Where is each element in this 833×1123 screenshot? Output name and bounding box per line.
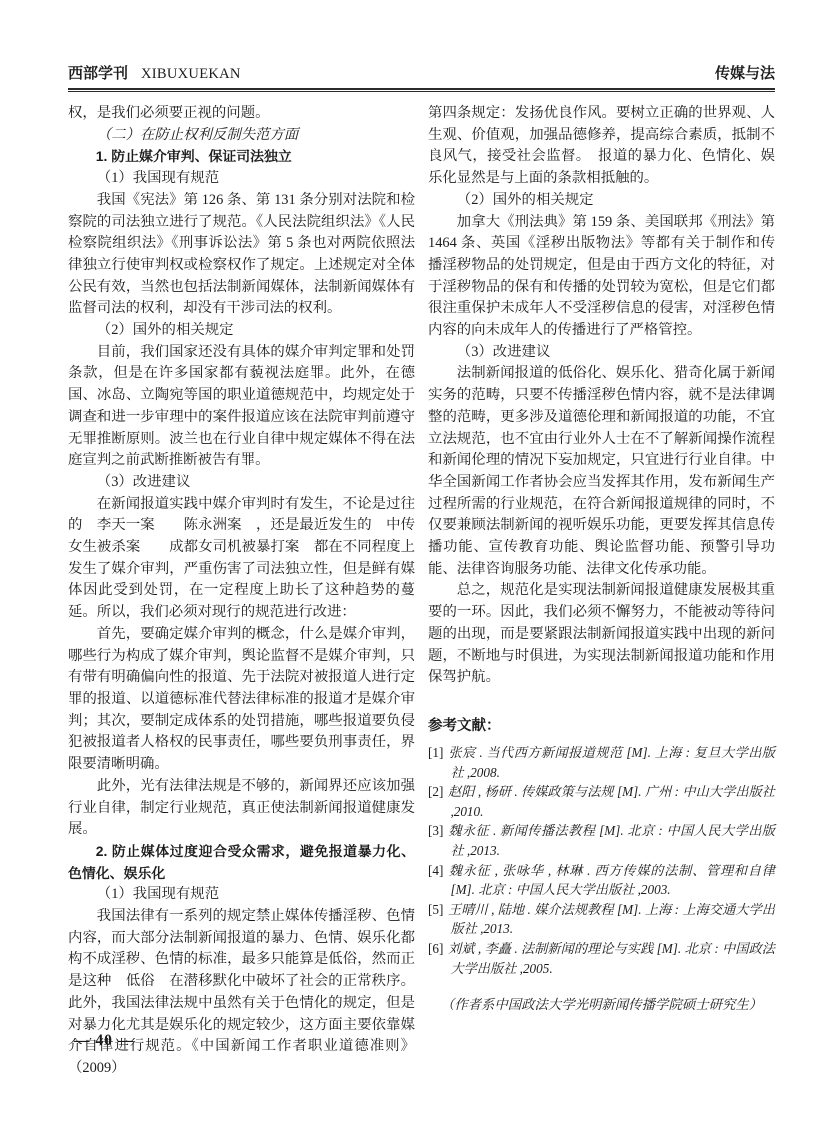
paragraph: （2）国外的相关规定 [428, 190, 775, 212]
journal-name-en: XIBUXUEKAN [141, 66, 241, 82]
header-rule [68, 88, 775, 92]
right-column: 第四条规定：发扬优良作风。要树立正确的世界观、人生观、价值观，加强品德修养，提高… [428, 103, 775, 1080]
paragraph: （1）我国现有规范 [68, 884, 415, 906]
paragraph: 首先，要确定媒介审判的概念，什么是媒介审判，哪些行为构成了媒介审判，舆论监督不是… [68, 624, 415, 776]
reference-label: [2] [428, 784, 443, 799]
paragraph: （2）国外的相关规定 [68, 320, 415, 342]
journal-page: 西部学刊XIBUXUEKAN 传媒与法 权，是我们必须要正视的问题。 （二）在防… [0, 0, 833, 1123]
paragraph: 目前，我们国家还没有具体的媒介审判定罪和处罚条款，但是在许多国家都有藐视法庭罪。… [68, 342, 415, 472]
paragraph: 权，是我们必须要正视的问题。 [68, 103, 415, 125]
reference-item: [5]王晴川 , 陆地 . 媒介法规教程 [M]. 上海 : 上海交通大学出版社… [428, 900, 775, 939]
journal-title: 西部学刊XIBUXUEKAN [68, 62, 241, 83]
paragraph: 我国法律有一系列的规定禁止媒体传播淫秽、色情内容，而大部分法制新闻报道的暴力、色… [68, 906, 415, 1080]
reference-item: [2]赵阳 , 杨研 . 传媒政策与法规 [M]. 广州 : 中山大学出版社 ,… [428, 782, 775, 821]
references-heading: 参考文献： [428, 714, 775, 735]
paragraph: （1）我国现有规范 [68, 168, 415, 190]
reference-text: 赵阳 , 杨研 . 传媒政策与法规 [M]. 广州 : 中山大学出版社 ,201… [448, 784, 775, 819]
reference-label: [6] [428, 941, 443, 956]
paragraph: 1. 防止媒介审判、保证司法独立 [68, 146, 415, 168]
reference-item: [3]魏永征 . 新闻传播法教程 [M]. 北京 : 中国人民大学出版社 ,20… [428, 821, 775, 860]
header-row: 西部学刊XIBUXUEKAN 传媒与法 [68, 62, 775, 83]
reference-text: 张宸 . 当代西方新闻报道规范 [M]. 上海 : 复旦大学出版社 ,2008. [448, 745, 775, 780]
article-body: 权，是我们必须要正视的问题。 （二）在防止权利反制失范方面 1. 防止媒介审判、… [68, 103, 775, 1080]
reference-text: 王晴川 , 陆地 . 媒介法规教程 [M]. 上海 : 上海交通大学出版社 ,2… [448, 902, 775, 937]
paragraph: （3）改进建议 [68, 472, 415, 494]
reference-text: 刘斌 , 李矗 . 法制新闻的理论与实践 [M]. 北京 : 中国政法大学出版社… [448, 941, 775, 976]
reference-item: [4]魏永征 , 张咏华 , 林琳 . 西方传媒的法制、管理和自律 [M]. 北… [428, 861, 775, 900]
section-title: 传媒与法 [715, 62, 775, 83]
reference-text: 魏永征 . 新闻传播法教程 [M]. 北京 : 中国人民大学出版社 ,2013. [448, 823, 775, 858]
paragraph: 在新闻报道实践中媒介审判时有发生，不论是过往的 李天一案 陈永洲案 ，还是最近发… [68, 494, 415, 624]
page-number: — 40 — [74, 1032, 134, 1050]
references-list: [1]张宸 . 当代西方新闻报道规范 [M]. 上海 : 复旦大学出版社 ,20… [428, 743, 775, 978]
paragraph: 加拿大《刑法典》第 159 条、美国联邦《刑法》第 1464 条、英国《淫秽出版… [428, 212, 775, 342]
reference-label: [4] [428, 863, 443, 878]
paragraph: 法制新闻报道的低俗化、娱乐化、猎奇化属于新闻实务的范畴，只要不传播淫秽色情内容，… [428, 363, 775, 580]
reference-item: [6]刘斌 , 李矗 . 法制新闻的理论与实践 [M]. 北京 : 中国政法大学… [428, 939, 775, 978]
reference-label: [1] [428, 745, 443, 760]
paragraph: 此外，光有法律法规是不够的，新闻界还应该加强行业自律，制定行业规范，真正使法制新… [68, 776, 415, 841]
paragraph: （3）改进建议 [428, 342, 775, 364]
paragraph: （二）在防止权利反制失范方面 [68, 125, 415, 147]
author-note: （作者系中国政法大学光明新闻传播学院硕士研究生） [428, 994, 775, 1013]
reference-label: [3] [428, 823, 443, 838]
reference-text: 魏永征 , 张咏华 , 林琳 . 西方传媒的法制、管理和自律 [M]. 北京 :… [448, 863, 775, 898]
journal-name-cn: 西部学刊 [68, 65, 128, 82]
reference-item: [1]张宸 . 当代西方新闻报道规范 [M]. 上海 : 复旦大学出版社 ,20… [428, 743, 775, 782]
paragraph: 总之，规范化是实现法制新闻报道健康发展极其重要的一环。因此，我们必须不懈努力，不… [428, 580, 775, 689]
page-header: 西部学刊XIBUXUEKAN 传媒与法 [68, 62, 775, 92]
reference-label: [5] [428, 902, 443, 917]
paragraph: 我国《宪法》第 126 条、第 131 条分别对法院和检察院的司法独立进行了规范… [68, 190, 415, 320]
paragraph: 2. 防止媒体过度迎合受众需求，避免报道暴力化、色情化、娱乐化 [68, 841, 415, 884]
left-column: 权，是我们必须要正视的问题。 （二）在防止权利反制失范方面 1. 防止媒介审判、… [68, 103, 415, 1080]
right-column-paragraphs: 第四条规定：发扬优良作风。要树立正确的世界观、人生观、价值观，加强品德修养，提高… [428, 103, 775, 689]
paragraph: 第四条规定：发扬优良作风。要树立正确的世界观、人生观、价值观，加强品德修养，提高… [428, 103, 775, 190]
